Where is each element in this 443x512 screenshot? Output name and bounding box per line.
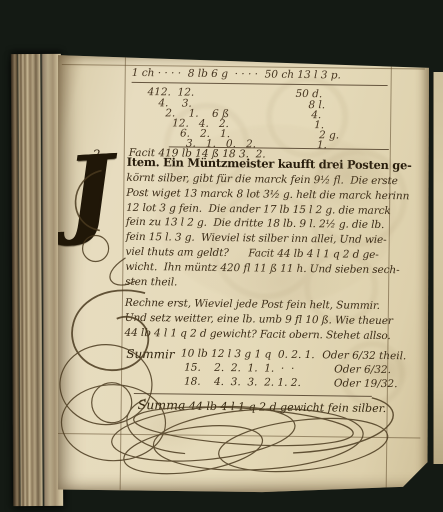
ruled-line-bottom (55, 433, 420, 438)
manuscript-page: 1 ch · · · · 8 lb 6 g · · · · 50 ch 13 l… (58, 52, 429, 493)
summa-text: 44 lb 4 l 1 q 2 d gewicht fein silber. (185, 400, 386, 415)
calculation-table: 1 ch · · · · 8 lb 6 g · · · · 50 ch 13 l… (127, 67, 394, 166)
summir-oder: Oder 6/32 theil. (322, 349, 406, 364)
summir-oder: Oder 6/32. (334, 363, 391, 378)
summir-label: Summir (126, 347, 181, 362)
summir-table: Summir 10 lb 12 l 3 g 1 q 0. 2. 1. Oder … (126, 347, 406, 392)
summa-line: Summa 44 lb 4 l 1 q 2 d gewicht fein sil… (138, 397, 387, 415)
paragraph-problem: Item. Ein Müntzmeister kaufft drei Poste… (125, 154, 399, 293)
summir-label-spacer (126, 375, 184, 390)
summa-label: Summa (138, 397, 186, 413)
paragraph-method: Rechne erst, Wieviel jede Post fein helt… (124, 296, 397, 344)
book-spine-page-edges (11, 54, 63, 506)
calc-header-line: 1 ch · · · · 8 lb 6 g · · · · 50 ch 13 l… (132, 67, 341, 82)
text-line: 44 lb 4 l 1 q 2 d gewicht? Facit obern. … (124, 325, 396, 343)
next-page-sliver (433, 72, 443, 464)
page-content: 1 ch · · · · 8 lb 6 g · · · · 50 ch 13 l… (53, 52, 429, 497)
summir-values: 18. 4. 3. 3. 2. 1. 2. (184, 376, 334, 392)
summa-rule (134, 393, 372, 397)
manuscript-scan: { "scene": { "description": "Scanned pag… (0, 0, 443, 512)
summir-label-spacer (126, 361, 184, 376)
summir-row: 18. 4. 3. 3. 2. 1. 2. Oder 19/32. (126, 375, 406, 392)
summir-oder: Oder 19/32. (334, 377, 398, 392)
